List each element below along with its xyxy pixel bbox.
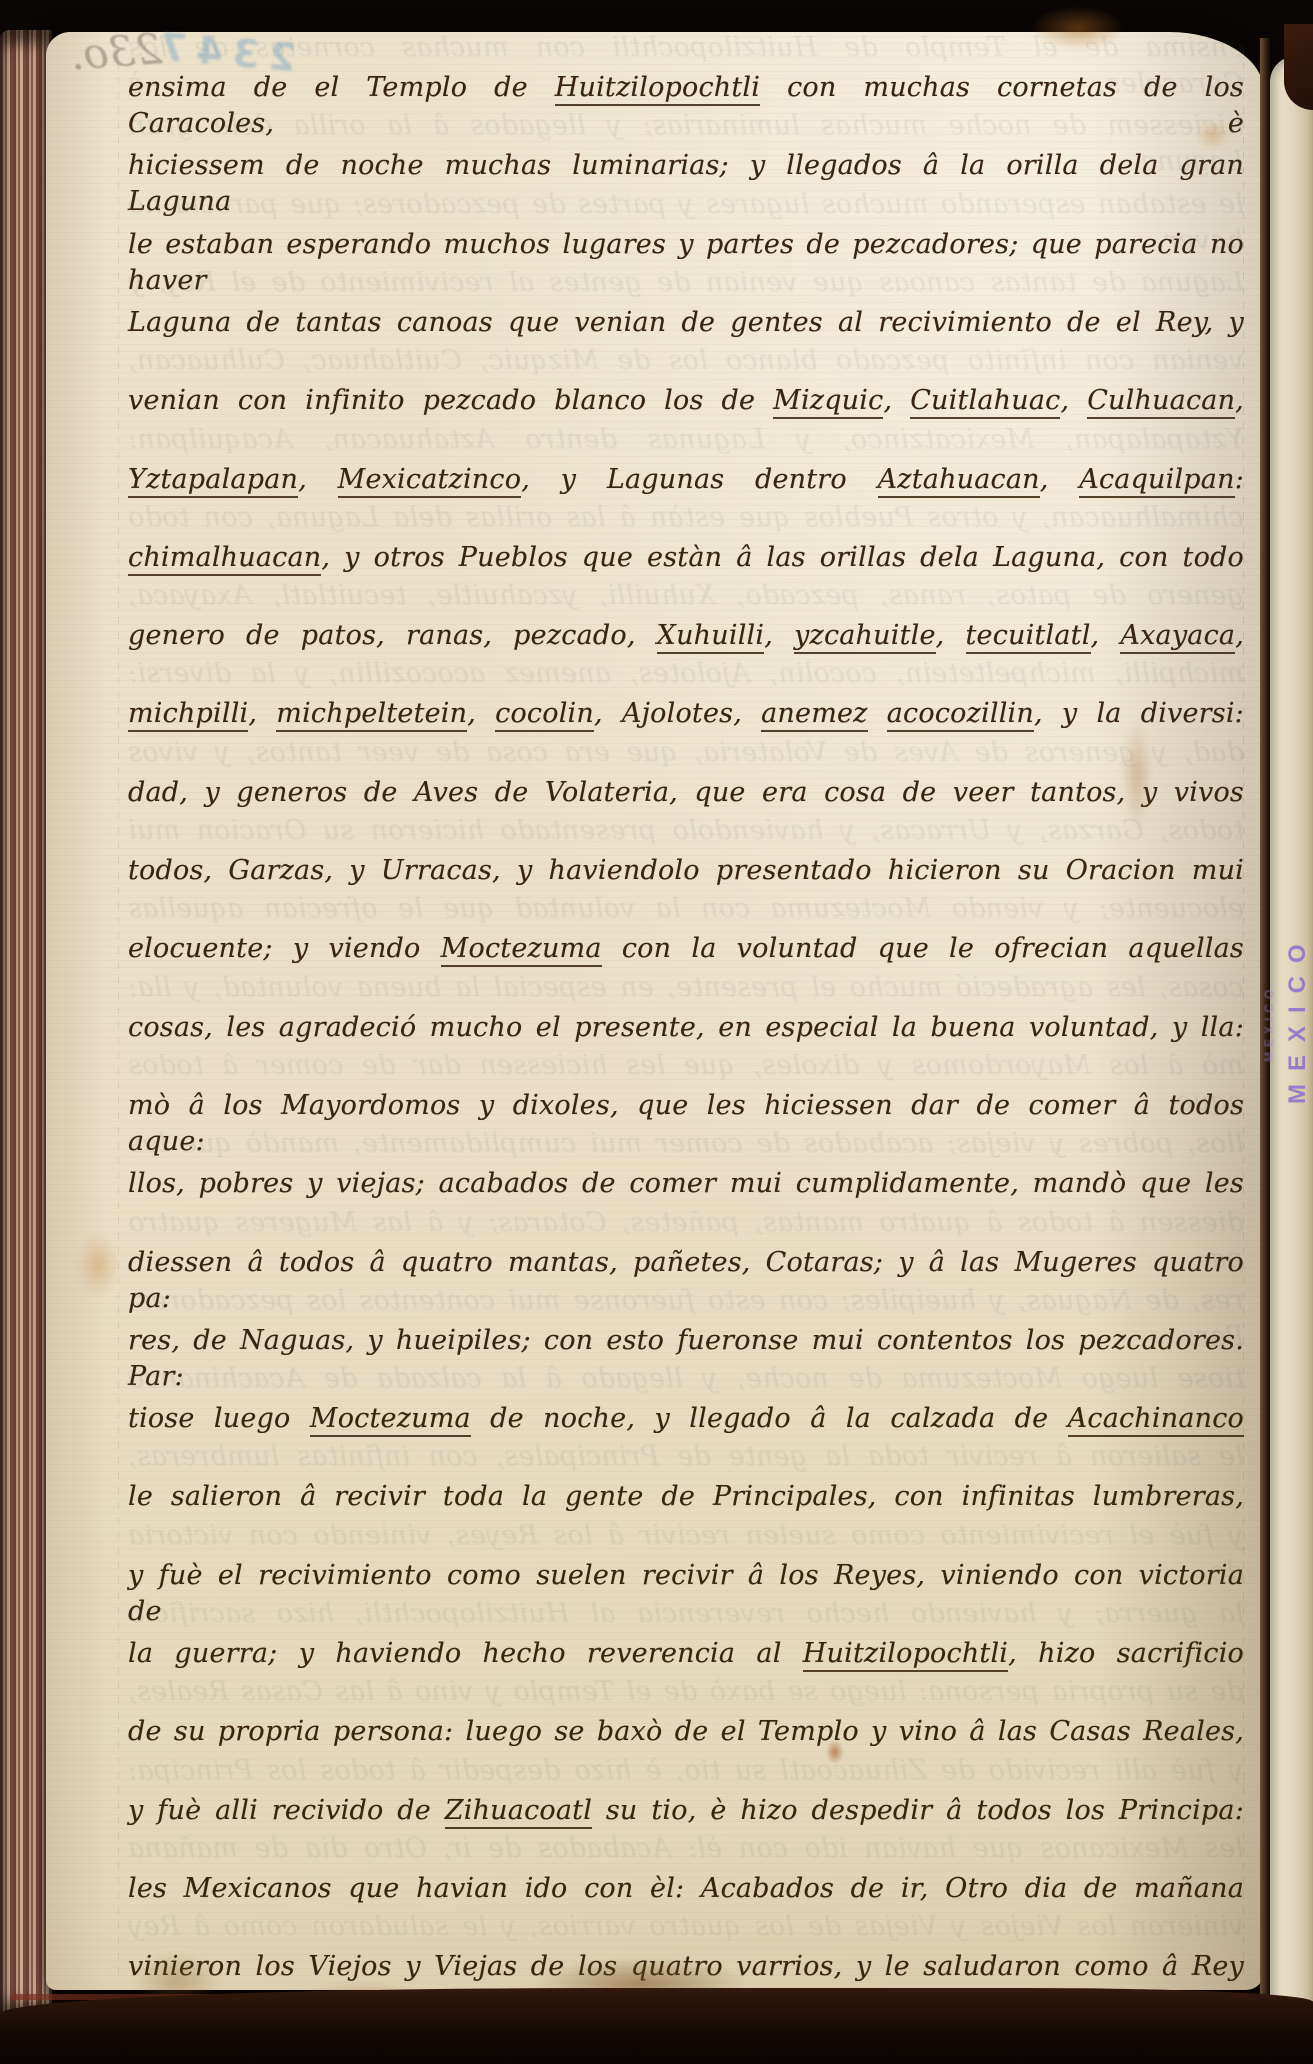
text-segment: , Ajolotes, bbox=[594, 698, 761, 729]
manuscript-line: vinieron los Viejos y Viejas de los quat… bbox=[128, 1949, 1244, 1985]
text-segment: ensima de el Templo de bbox=[817, 32, 1244, 63]
bleedthrough-line: Laguna de tantas canoas que venian de ge… bbox=[128, 265, 1244, 301]
book-fore-edge bbox=[0, 30, 52, 2016]
text-segment: , bbox=[462, 345, 489, 376]
text-segment: , bbox=[248, 698, 276, 729]
bleedthrough-line: le salieron â recivir toda la gente de P… bbox=[128, 1439, 1244, 1475]
text-segment: tiose luego bbox=[1062, 1363, 1244, 1394]
text-segment: , y otros Pueblos que estàn â las orilla… bbox=[128, 502, 1051, 533]
text-segment: , bbox=[1096, 658, 1124, 689]
text-segment: , bbox=[407, 580, 437, 611]
underlined-proper-name: Huitzilopochtli bbox=[803, 1638, 1008, 1672]
underlined-proper-name: Yztapalapan bbox=[1074, 424, 1244, 458]
text-segment: , bbox=[936, 620, 966, 651]
text-segment: la guerra; y haviendo hecho reverencia a… bbox=[128, 1638, 803, 1669]
bleedthrough-line: todos, Garzas, y Urracas, y haviendolo p… bbox=[128, 813, 1244, 849]
underlined-proper-name: acocozillin bbox=[887, 698, 1034, 732]
bleedthrough-line: michpilli, michpeltetein, cocolin, Ajolo… bbox=[128, 656, 1244, 692]
text-segment: : bbox=[1235, 464, 1244, 495]
text-segment: , bbox=[1040, 464, 1080, 495]
text-segment: con la voluntad que le ofrecian aquellas bbox=[602, 933, 1244, 964]
text-segment: su tio, è hizo despedir â todos los Prin… bbox=[128, 1755, 780, 1786]
text-segment: genero de patos, ranas, pezcado, bbox=[715, 580, 1244, 611]
underlined-proper-name: Acachinanco bbox=[1068, 1403, 1244, 1437]
text-segment: dad, y generos de Aves de Volateria, que… bbox=[128, 777, 1244, 808]
manuscript-line: tiose luego Moctezuma de noche, y llegad… bbox=[128, 1401, 1244, 1437]
underlined-proper-name: Mexicatzinco bbox=[338, 464, 522, 498]
archive-stamp-faint: MEXICO bbox=[1262, 985, 1276, 1062]
manuscript-line: llos, pobres y viejas; acabados de comer… bbox=[128, 1166, 1244, 1202]
bleedthrough-line: Yztapalapan, Mexicatzinco, y Lagunas den… bbox=[128, 422, 1244, 458]
underlined-proper-name: tecuitlatl bbox=[966, 620, 1091, 654]
underlined-proper-name: Moctezuma bbox=[310, 1403, 471, 1437]
underlined-proper-name: Axayaca bbox=[1120, 620, 1235, 654]
underlined-proper-name: cocolin bbox=[495, 698, 594, 732]
underlined-proper-name: Xuhuilli bbox=[657, 620, 765, 654]
text-segment: vinieron los Viejos y Viejas de los quat… bbox=[128, 1911, 1244, 1942]
underlined-proper-name: Yztapalapan bbox=[128, 464, 298, 498]
manuscript-line: venian con infinito pezcado blanco los d… bbox=[128, 383, 1244, 419]
text-segment: llos, pobres y viejas; acabados de comer… bbox=[128, 1128, 1244, 1159]
manuscript-line: la guerra; y haviendo hecho reverencia a… bbox=[128, 1636, 1244, 1672]
underlined-proper-name: Cuitlahuac bbox=[910, 385, 1060, 419]
text-segment: llos, pobres y viejas; acabados de comer… bbox=[128, 1168, 1244, 1199]
manuscript-line: michpilli, michpeltetein, cocolin, Ajolo… bbox=[128, 696, 1244, 732]
text-segment: , bbox=[578, 580, 608, 611]
text-segment: , bbox=[1034, 424, 1074, 455]
underlined-proper-name: Acachinanco bbox=[128, 1363, 304, 1397]
text-segment: de su propria persona: luego se baxò de … bbox=[128, 1676, 1244, 1707]
text-segment: cosas, les agradeció mucho el presente, … bbox=[128, 1012, 1244, 1043]
text-segment: todos, Garzas, y Urracas, y haviendolo p… bbox=[128, 855, 1244, 886]
bleedthrough-line: llos, pobres y viejas; acabados de comer… bbox=[128, 1126, 1244, 1162]
text-segment: , bbox=[877, 658, 905, 689]
text-segment: , bbox=[764, 620, 794, 651]
underlined-proper-name: Acaquilpan bbox=[137, 424, 292, 458]
underlined-proper-name: michpeltetein bbox=[276, 698, 467, 732]
text-segment: , bbox=[293, 424, 333, 455]
text-segment: ensima de el Templo de bbox=[128, 72, 555, 103]
underlined-proper-name: Mizquic bbox=[489, 345, 599, 379]
text-segment: elocuente; y viendo bbox=[128, 933, 441, 964]
underlined-proper-name: yzcahuitle bbox=[436, 580, 578, 614]
text-segment: dad, y generos de Aves de Volateria, que… bbox=[128, 737, 1244, 768]
underlined-proper-name: Zihuacoatl bbox=[445, 1795, 592, 1829]
text-segment: venian con infinito pezcado blanco los d… bbox=[128, 385, 773, 416]
underlined-proper-name: Acaquilpan bbox=[1079, 464, 1234, 498]
book-bottom-binding bbox=[0, 1988, 1313, 2064]
text-segment: , bbox=[128, 580, 137, 611]
underlined-proper-name: anemez bbox=[504, 658, 610, 692]
underlined-proper-name: Huitzilopochtli bbox=[364, 1598, 569, 1632]
underlined-proper-name: chimalhuacan bbox=[1051, 502, 1244, 536]
manuscript-line: chimalhuacan, y otros Pueblos que estàn … bbox=[128, 540, 1244, 576]
text-segment: todos, Garzas, y Urracas, y haviendolo p… bbox=[128, 815, 1244, 846]
binding-leather-corner bbox=[1284, 24, 1313, 110]
text-segment: , bbox=[883, 385, 910, 416]
underlined-proper-name: Mizquic bbox=[773, 385, 883, 419]
text-segment: de su propria persona: luego se baxò de … bbox=[128, 1716, 1244, 1747]
underlined-proper-name: Moctezuma bbox=[770, 893, 931, 927]
bleedthrough-line: chimalhuacan, y otros Pueblos que estàn … bbox=[128, 500, 1244, 536]
text-segment bbox=[485, 658, 504, 689]
text-segment: venian con infinito pezcado blanco los d… bbox=[599, 345, 1244, 376]
text-segment: le salieron â recivir toda la gente de P… bbox=[128, 1441, 1244, 1472]
underlined-proper-name: Cuitlahuac bbox=[312, 345, 462, 379]
text-segment: y fuè alli recivido de bbox=[927, 1755, 1244, 1786]
text-segment: , Ajolotes, bbox=[611, 658, 778, 689]
text-segment: su tio, è hizo despedir â todos los Prin… bbox=[592, 1795, 1244, 1826]
manuscript-line: Laguna de tantas canoas que venian de ge… bbox=[128, 305, 1244, 341]
text-segment: , hizo sacrificio bbox=[1008, 1638, 1244, 1669]
text-segment: , y la diversi: bbox=[1034, 698, 1244, 729]
text-segment: les Mexicanos que havian ido con èl: Aca… bbox=[128, 1833, 1244, 1864]
text-segment: de noche, y llegado â la calzada de bbox=[471, 1403, 1068, 1434]
bleedthrough-line: elocuente; y viendo Moctezuma con la vol… bbox=[128, 891, 1244, 927]
text-segment: les Mexicanos que havian ido con èl: Aca… bbox=[128, 1873, 1244, 1904]
bleedthrough-line: venian con infinito pezcado blanco los d… bbox=[128, 343, 1244, 379]
text-segment: , bbox=[285, 345, 312, 376]
text-segment: de noche, y llegado â la calzada de bbox=[304, 1363, 901, 1394]
manuscript-line: dad, y generos de Aves de Volateria, que… bbox=[128, 775, 1244, 811]
text-segment: la guerra; y haviendo hecho reverencia a… bbox=[569, 1598, 1244, 1629]
manuscript-line: y fuè alli recivido de Zihuacoatl su tio… bbox=[128, 1793, 1244, 1829]
text-segment bbox=[868, 698, 887, 729]
text-segment: elocuente; y viendo bbox=[931, 893, 1244, 924]
manuscript-line: todos, Garzas, y Urracas, y haviendolo p… bbox=[128, 853, 1244, 889]
bleedthrough-line: vinieron los Viejos y Viejas de los quat… bbox=[128, 1909, 1244, 1945]
underlined-proper-name: acocozillin bbox=[338, 658, 485, 692]
bleedthrough-line: y fuè alli recivido de Zihuacoatl su tio… bbox=[128, 1753, 1244, 1789]
underlined-proper-name: Moctezuma bbox=[901, 1363, 1062, 1397]
text-segment: , bbox=[467, 698, 495, 729]
manuscript-photo: { "document_type": "manuscript-page", "c… bbox=[0, 0, 1313, 2064]
underlined-proper-name: Zihuacoatl bbox=[780, 1755, 927, 1789]
manuscript-line: de su propria persona: luego se baxò de … bbox=[128, 1714, 1244, 1750]
bleedthrough-line: cosas, les agradeció mucho el presente, … bbox=[128, 970, 1244, 1006]
underlined-proper-name: chimalhuacan bbox=[128, 542, 321, 576]
underlined-proper-name: Culhuacan bbox=[1087, 385, 1235, 419]
manuscript-line: le salieron â recivir toda la gente de P… bbox=[128, 1479, 1244, 1515]
text-segment: , hizo sacrificio bbox=[128, 1598, 364, 1629]
underlined-proper-name: Huitzilopochtli bbox=[555, 72, 760, 106]
underlined-proper-name: michpeltetein bbox=[905, 658, 1096, 692]
text-segment: , bbox=[1060, 385, 1087, 416]
text-segment: Laguna de tantas canoas que venian de ge… bbox=[128, 307, 1244, 338]
text-segment: , bbox=[1091, 620, 1121, 651]
underlined-proper-name: Xuhuilli bbox=[608, 580, 716, 614]
text-segment: : bbox=[128, 424, 137, 455]
bleedthrough-line: genero de patos, ranas, pezcado, Xuhuill… bbox=[128, 578, 1244, 614]
bleedthrough-line: la guerra; y haviendo hecho reverencia a… bbox=[128, 1596, 1244, 1632]
text-segment: , bbox=[298, 464, 338, 495]
text-segment: , y la diversi: bbox=[128, 658, 338, 689]
underlined-proper-name: michpilli bbox=[1124, 658, 1244, 692]
text-segment: tiose luego bbox=[128, 1403, 310, 1434]
text-segment: con la voluntad que le ofrecian aquellas bbox=[128, 893, 770, 924]
underlined-proper-name: Moctezuma bbox=[441, 933, 602, 967]
text-segment: , bbox=[252, 580, 282, 611]
manuscript-line: Yztapalapan, Mexicatzinco, y Lagunas den… bbox=[128, 462, 1244, 498]
bleedthrough-line: dad, y generos de Aves de Volateria, que… bbox=[128, 735, 1244, 771]
text-segment: cosas, les agradeció mucho el presente, … bbox=[128, 972, 1244, 1003]
bleedthrough-line: tiose luego Moctezuma de noche, y llegad… bbox=[128, 1361, 1244, 1397]
text-segment: , y otros Pueblos que estàn â las orilla… bbox=[321, 542, 1244, 573]
underlined-proper-name: Mexicatzinco bbox=[851, 424, 1035, 458]
bleedthrough-line: de su propria persona: luego se baxò de … bbox=[128, 1674, 1244, 1710]
underlined-proper-name: Axayaca bbox=[137, 580, 252, 614]
text-segment: , bbox=[1235, 385, 1244, 416]
manuscript-line: cosas, les agradeció mucho el presente, … bbox=[128, 1010, 1244, 1046]
text-segment: le salieron â recivir toda la gente de P… bbox=[128, 1481, 1244, 1512]
manuscript-line: elocuente; y viendo Moctezuma con la vol… bbox=[128, 931, 1244, 967]
text-segment: , y Lagunas dentro bbox=[521, 464, 877, 495]
underlined-proper-name: Huitzilopochtli bbox=[612, 32, 817, 66]
text-segment: y fuè alli recivido de bbox=[128, 1795, 445, 1826]
text-segment: , bbox=[128, 345, 137, 376]
text-segment: , bbox=[1235, 620, 1244, 651]
text-segment: vinieron los Viejos y Viejas de los quat… bbox=[128, 1951, 1244, 1982]
text-segment: genero de patos, ranas, pezcado, bbox=[128, 620, 657, 651]
underlined-proper-name: yzcahuitle bbox=[794, 620, 936, 654]
underlined-proper-name: Aztahuacan bbox=[332, 424, 494, 458]
underlined-proper-name: cocolin bbox=[778, 658, 877, 692]
manuscript-line: genero de patos, ranas, pezcado, Xuhuill… bbox=[128, 618, 1244, 654]
underlined-proper-name: Aztahuacan bbox=[878, 464, 1040, 498]
underlined-proper-name: Culhuacan bbox=[137, 345, 285, 379]
archive-stamp-mexico: MEXICO bbox=[1284, 931, 1312, 1104]
text-segment: Laguna de tantas canoas que venian de ge… bbox=[128, 267, 1244, 298]
bleedthrough-line: les Mexicanos que havian ido con èl: Aca… bbox=[128, 1831, 1244, 1867]
underlined-proper-name: michpilli bbox=[128, 698, 248, 732]
underlined-proper-name: anemez bbox=[761, 698, 867, 732]
text-segment: , y Lagunas dentro bbox=[494, 424, 850, 455]
underlined-proper-name: tecuitlatl bbox=[281, 580, 406, 614]
manuscript-line: les Mexicanos que havian ido con èl: Aca… bbox=[128, 1871, 1244, 1907]
left-margin-crease bbox=[118, 44, 119, 1974]
